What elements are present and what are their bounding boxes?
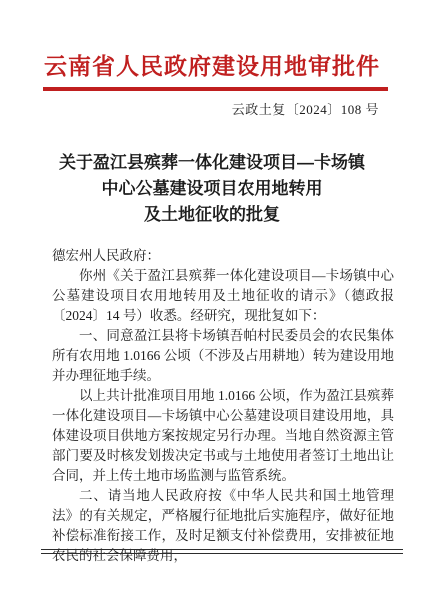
document-header-title: 云南省人民政府建设用地审批件 — [0, 48, 424, 81]
paragraph-item-1: 一、同意盈江县将卡场镇吾帕村民委员会的农民集体所有农用地 1.0166 公顷（不… — [52, 326, 394, 386]
subject-line-1: 关于盈江县殡葬一体化建设项目—卡场镇 — [59, 153, 365, 172]
document-page: 云南省人民政府建设用地审批件 云政土复〔2024〕108 号 关于盈江县殡葬一体… — [0, 0, 424, 600]
document-subject: 关于盈江县殡葬一体化建设项目—卡场镇 中心公墓建设项目农用地转用 及土地征收的批… — [20, 150, 404, 228]
salutation: 德宏州人民政府： — [52, 246, 394, 266]
paragraph-item-2: 二、请当地人民政府按《中华人民共和国土地管理法》的有关规定，严格履行征地批后实施… — [52, 486, 394, 566]
subject-line-3: 及土地征收的批复 — [144, 205, 280, 224]
paragraph-item-1-continued: 以上共计批准项目用地 1.0166 公顷，作为盈江县殡葬一体化建设项目—卡场镇中… — [52, 386, 394, 486]
paragraph-intro: 你州《关于盈江县殡葬一体化建设项目—卡场镇中心公墓建设项目农用地转用及土地征收的… — [52, 266, 394, 326]
document-number: 云政土复〔2024〕108 号 — [232, 99, 379, 118]
footer-divider-line — [41, 549, 403, 554]
document-body: 德宏州人民政府： 你州《关于盈江县殡葬一体化建设项目—卡场镇中心公墓建设项目农用… — [52, 246, 394, 566]
subject-line-2: 中心公墓建设项目农用地转用 — [102, 179, 323, 198]
header-divider-line — [43, 87, 388, 91]
